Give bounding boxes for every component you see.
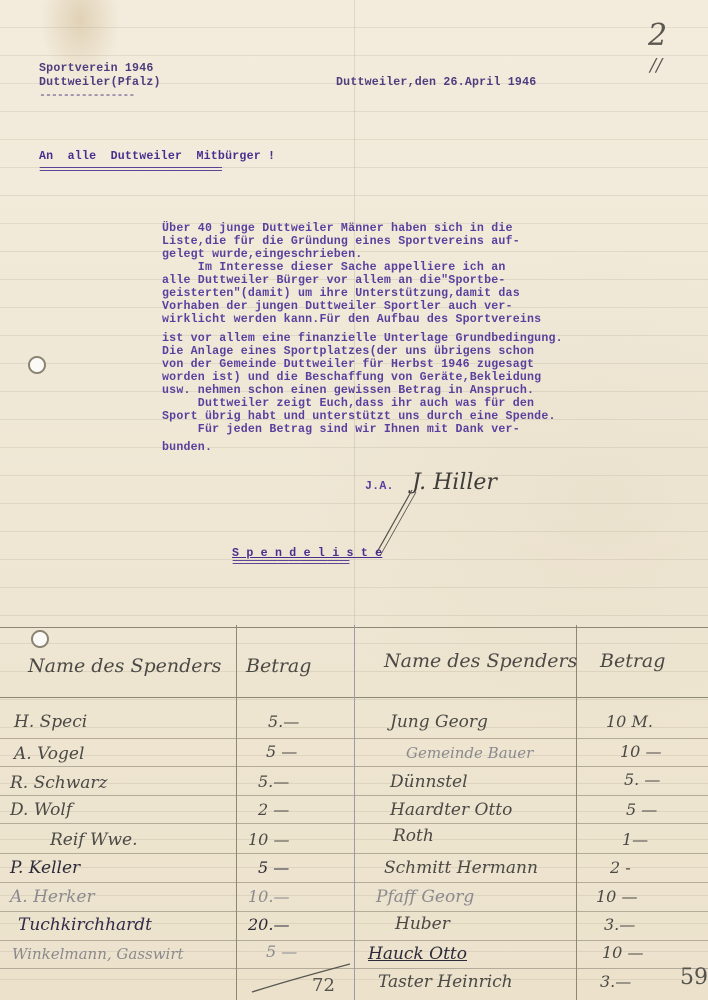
salutation-underline: ==================================	[39, 164, 221, 177]
body-line: usw. nehmen schon einen gewissen Betrag …	[162, 384, 534, 397]
donor-amount: 2 —	[258, 800, 289, 819]
donor-name: H. Speci	[14, 712, 87, 732]
donor-name: Pfaff Georg	[376, 887, 474, 907]
body-line: wirklicht werden kann.Für den Aufbau des…	[162, 313, 541, 326]
body-line: Im Interesse dieser Sache appelliere ich…	[162, 261, 506, 274]
club-underline: ----------------	[39, 89, 134, 102]
body-line: Die Anlage eines Sportplatzes(der uns üb…	[162, 345, 534, 358]
body-line: Für jeden Betrag sind wir Ihnen mit Dank…	[162, 423, 520, 436]
donor-name: D. Wolf	[10, 800, 72, 820]
punch-hole-lower	[31, 630, 49, 648]
donor-amount: 3.—	[600, 972, 631, 991]
body-line: bunden.	[162, 441, 212, 454]
donor-amount: 10.—	[248, 887, 289, 906]
donor-name: Haardter Otto	[390, 800, 512, 820]
donor-amount: 5 —	[258, 858, 289, 877]
header-name-right: Name des Spenders	[384, 650, 577, 672]
subtotal-left: 72	[312, 975, 335, 996]
donor-amount: 5 —	[266, 742, 297, 761]
subtotal-right: 59	[680, 965, 708, 990]
donor-name: R. Schwarz	[10, 773, 108, 793]
donor-amount: 10 —	[248, 830, 289, 849]
donor-name: A. Vogel	[14, 744, 84, 764]
donor-name: Tuchkirchhardt	[18, 915, 152, 935]
donor-name: Roth	[393, 826, 434, 846]
body-line: Vorhaben der jungen Duttweiler Sportler …	[162, 300, 513, 313]
body-line: Duttweiler zeigt Euch,dass ihr auch was …	[162, 397, 534, 410]
donor-name: Jung Georg	[390, 712, 488, 732]
donor-name: P. Keller	[10, 858, 80, 878]
donor-name: Huber	[395, 914, 450, 934]
list-title-underline: =====================	[232, 557, 349, 570]
donor-amount: 10 —	[620, 742, 661, 761]
body-line: von der Gemeinde Duttweiler für Herbst 1…	[162, 358, 534, 371]
place-date: Duttweiler,den 26.April 1946	[336, 76, 536, 89]
header-amount-right: Betrag	[600, 650, 665, 672]
header-name-left: Name des Spenders	[28, 655, 221, 677]
body-line: Über 40 junge Duttweiler Männer haben si…	[162, 222, 513, 235]
donor-amount: 20.—	[248, 915, 289, 934]
body-line: alle Duttweiler Bürger vor allem an die"…	[162, 274, 506, 287]
body-line: gelegt wurde,eingeschrieben.	[162, 248, 362, 261]
salutation: An alle Duttweiler Mitbürger !	[39, 150, 275, 163]
club-location: Duttweiler(Pfalz)	[39, 76, 161, 89]
body-line: Liste,die für die Gründung eines Sportve…	[162, 235, 520, 248]
body-line: worden ist) und die Beschaffung von Gerä…	[162, 371, 541, 384]
signature: J. Hiller	[412, 470, 497, 495]
body-line: geisterten"(damit) um ihre Unterstützung…	[162, 287, 520, 300]
club-name: Sportverein 1946	[39, 62, 154, 75]
donor-amount: 5.—	[268, 712, 299, 731]
body-line: ist vor allem eine finanzielle Unterlage…	[162, 332, 563, 345]
page-mark-slash: //	[650, 55, 662, 76]
donor-amount: 10 M.	[606, 712, 653, 731]
donor-amount: 2 -	[610, 858, 631, 877]
donor-name: Reif Wwe.	[50, 830, 137, 850]
donor-amount: 10 —	[596, 887, 637, 906]
page-number-mark: 2	[648, 18, 667, 53]
donor-amount: 5. —	[624, 770, 660, 789]
donor-name: Dünnstel	[390, 772, 468, 792]
donor-name: Taster Heinrich	[378, 972, 513, 992]
donor-name: A. Herker	[10, 887, 95, 907]
donor-amount: 5.—	[258, 772, 289, 791]
punch-hole-upper	[28, 356, 46, 374]
donor-amount: 10 —	[602, 943, 643, 962]
donor-name: Winkelmann, Gasswirt	[12, 945, 184, 963]
donor-amount: 1—	[622, 830, 648, 849]
donor-amount: 3.—	[604, 915, 635, 934]
donor-name: Hauck Otto	[368, 944, 467, 964]
header-amount-left: Betrag	[246, 655, 311, 677]
body-line: Sport übrig habt und unterstützt uns dur…	[162, 410, 556, 423]
donor-name: Schmitt Hermann	[384, 858, 538, 878]
donor-name: Gemeinde Bauer	[406, 744, 533, 762]
donor-amount: 5 —	[626, 800, 657, 819]
subtotal-stroke	[250, 958, 360, 998]
